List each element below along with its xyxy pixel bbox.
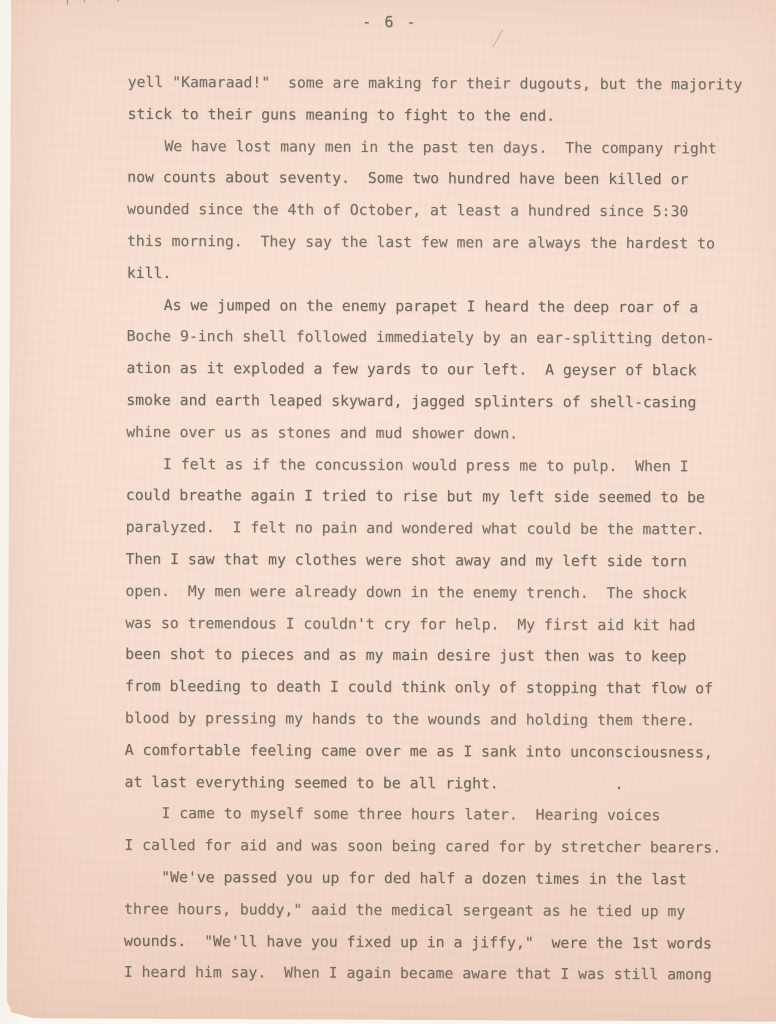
text-line: I called for aid and was soon being care… [124, 830, 774, 865]
text-line: kill. [127, 258, 776, 293]
text-line: from bleeding to death I could think onl… [125, 671, 775, 706]
page-number: - 6 - [11, 11, 769, 32]
text-line: now counts about seventy. Some two hundr… [127, 162, 776, 197]
text-line: Boche 9-inch shell followed immediately … [126, 321, 776, 356]
text-line: wounds. "We'll have you fixed up in a ji… [124, 925, 774, 960]
text-line: this morning. They say the last few men … [127, 226, 776, 261]
text-line: three hours, buddy," aaid the medical se… [124, 894, 774, 929]
text-line: been shot to pieces and as my main desir… [125, 639, 775, 674]
text-line: Then I saw that my clothes were shot awa… [125, 544, 775, 579]
text-line: I heard him say. When I again became awa… [124, 957, 774, 992]
text-line: I felt as if the concussion would press … [126, 448, 776, 483]
text-line: As we jumped on the enemy parapet I hear… [127, 289, 776, 324]
text-line: A comfortable feeling came over me as I … [125, 735, 775, 770]
text-line: I came to myself some three hours later.… [124, 798, 774, 833]
document-page: - 6 - yell "Kamaraad!" some are making f… [7, 0, 776, 1022]
text-line: smoke and earth leaped skyward, jagged s… [126, 385, 776, 420]
text-line: We have lost many men in the past ten da… [127, 130, 776, 165]
text-line: whine over us as stones and mud shower d… [126, 417, 776, 452]
text-line: could breathe again I tried to rise but … [126, 480, 776, 515]
text-line: "We've passed you up for ded half a doze… [124, 862, 774, 897]
text-line: yell "Kamaraad!" some are making for the… [128, 67, 776, 102]
text-line: paralyzed. I felt no pain and wondered w… [126, 512, 776, 547]
text-line: was so tremendous I couldn't cry for hel… [125, 607, 775, 642]
text-line: wounded since the 4th of October, at lea… [127, 194, 776, 229]
text-line: ation as it exploded a few yards to our … [126, 353, 776, 388]
text-line: stick to their guns meaning to fight to … [127, 99, 776, 134]
text-line: blood by pressing my hands to the wounds… [125, 703, 775, 738]
handwritten-marks [63, 0, 133, 7]
text-line: at last everything seemed to be all righ… [124, 766, 774, 801]
text-line: open. My men were already down in the en… [125, 576, 775, 611]
typewritten-text: yell "Kamaraad!" some are making for the… [124, 67, 776, 992]
